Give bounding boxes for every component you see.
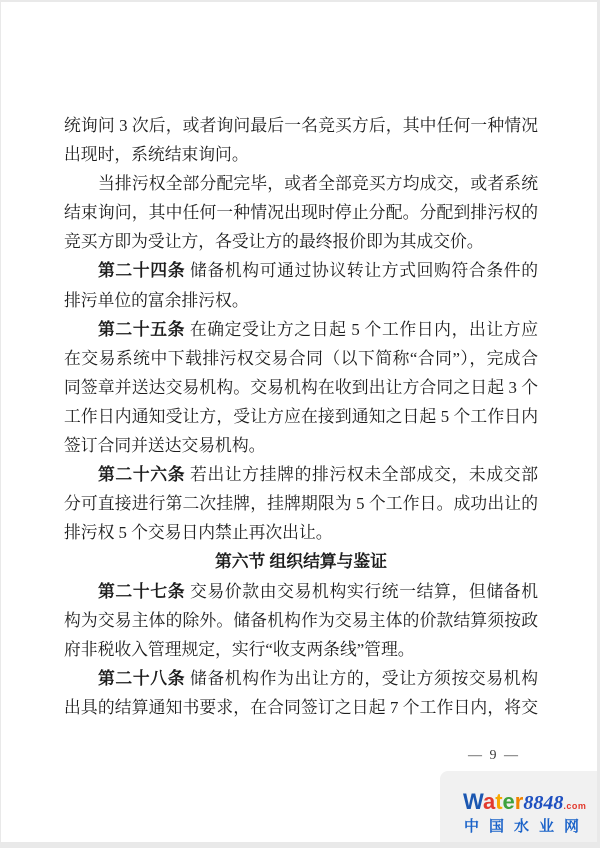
section-heading: 第六节 组织结算与鉴证 xyxy=(64,547,538,576)
article-number: 第二十六条 xyxy=(98,465,185,484)
text-line: 构为交易主体的除外。储备机构作为交易主体的价款结算须按政 xyxy=(64,606,538,635)
text-line: 第二十八条 储备机构作为出让方的，受让方须按交易机构 xyxy=(64,664,538,693)
text-line: 统询问 3 次后，或者询问最后一名竞买方后，其中任何一种情况 xyxy=(64,111,538,140)
article-number: 第二十五条 xyxy=(98,320,185,339)
text-line: 第二十七条 交易价款由交易机构实行统一结算，但储备机 xyxy=(64,577,538,606)
watermark-logo: Water8848.com 中国水业网 xyxy=(440,771,597,842)
text-line: 同签章并送达交易机构。交易机构在收到出让方合同之日起 3 个 xyxy=(64,373,538,402)
document-body: 统询问 3 次后，或者询问最后一名竞买方后，其中任何一种情况出现时，系统结束询问… xyxy=(64,111,538,722)
text-segment: 签订合同并送达交易机构。 xyxy=(64,436,265,455)
text-line: 排污单位的富余排污权。 xyxy=(64,286,538,315)
page-number: — 9 — xyxy=(468,748,520,764)
watermark-brand-water: Water xyxy=(463,796,523,813)
text-segment: 排污权 5 个交易日内禁止再次出让。 xyxy=(64,523,333,542)
text-line: 排污权 5 个交易日内禁止再次出让。 xyxy=(64,518,538,547)
text-segment: 构为交易主体的除外。储备机构作为交易主体的价款结算须按政 xyxy=(64,611,538,630)
text-segment: 统询问 3 次后，或者询问最后一名竞买方后，其中任何一种情况 xyxy=(64,116,538,135)
article-number: 第二十七条 xyxy=(98,582,185,601)
watermark-letter: a xyxy=(483,789,495,814)
text-segment: 排污单位的富余排污权。 xyxy=(64,291,249,310)
text-segment: 出具的结算通知书要求，在合同签订之日起 7 个工作日内，将交 xyxy=(64,698,538,717)
text-line: 结束询问，其中任何一种情况出现时停止分配。分配到排污权的 xyxy=(64,198,538,227)
text-line: 工作日内通知受让方，受让方应在接到通知之日起 5 个工作日内 xyxy=(64,402,538,431)
text-line: 第二十四条 储备机构可通过协议转让方式回购符合条件的 xyxy=(64,256,538,285)
text-segment: 分可直接进行第二次挂牌，挂牌期限为 5 个工作日。成功出让的 xyxy=(64,494,538,513)
text-segment: 在交易系统中下载排污权交易合同（以下简称“合同”），完成合 xyxy=(64,349,538,368)
text-segment: 若出让方挂牌的排污权未全部成交，未成交部 xyxy=(185,465,538,484)
text-line: 出具的结算通知书要求，在合同签订之日起 7 个工作日内，将交 xyxy=(64,693,538,722)
text-segment: 同签章并送达交易机构。交易机构在收到出让方合同之日起 3 个 xyxy=(64,378,538,397)
text-segment: 交易价款由交易机构实行统一结算，但储备机 xyxy=(185,582,538,601)
text-line: 府非税收入管理规定，实行“收支两条线”管理。 xyxy=(64,635,538,664)
text-segment: 竞买方即为受让方，各受让方的最终报价即为其成交价。 xyxy=(64,232,484,251)
text-segment: 当排污权全部分配完毕，或者全部竞买方均成交，或者系统 xyxy=(98,174,538,193)
watermark-letter: t xyxy=(495,789,502,814)
text-line: 第二十五条 在确定受让方之日起 5 个工作日内，出让方应 xyxy=(64,315,538,344)
article-number: 第六节 组织结算与鉴证 xyxy=(215,552,387,571)
text-segment: 在确定受让方之日起 5 个工作日内，出让方应 xyxy=(185,320,538,339)
text-line: 当排污权全部分配完毕，或者全部竞买方均成交，或者系统 xyxy=(64,169,538,198)
text-line: 分可直接进行第二次挂牌，挂牌期限为 5 个工作日。成功出让的 xyxy=(64,489,538,518)
text-line: 竞买方即为受让方，各受让方的最终报价即为其成交价。 xyxy=(64,227,538,256)
text-segment: 储备机构可通过协议转让方式回购符合条件的 xyxy=(185,261,538,280)
watermark-brand: Water8848.com xyxy=(463,789,586,815)
text-line: 第二十六条 若出让方挂牌的排污权未全部成交，未成交部 xyxy=(64,460,538,489)
watermark-brand-tld: .com xyxy=(563,801,586,811)
watermark-brand-number: 8848 xyxy=(523,792,563,814)
watermark-letter: W xyxy=(463,789,483,814)
text-line: 出现时，系统结束询问。 xyxy=(64,140,538,169)
watermark-letter: e xyxy=(503,789,515,814)
text-segment: 结束询问，其中任何一种情况出现时停止分配。分配到排污权的 xyxy=(64,203,538,222)
article-number: 第二十四条 xyxy=(98,261,185,280)
article-number: 第二十八条 xyxy=(98,669,185,688)
text-segment: 工作日内通知受让方，受让方应在接到通知之日起 5 个工作日内 xyxy=(64,407,538,426)
text-segment: 储备机构作为出让方的，受让方须按交易机构 xyxy=(185,669,538,688)
watermark-tagline: 中国水业网 xyxy=(464,815,589,836)
text-line: 在交易系统中下载排污权交易合同（以下简称“合同”），完成合 xyxy=(64,344,538,373)
text-segment: 府非税收入管理规定，实行“收支两条线”管理。 xyxy=(64,640,415,659)
text-segment: 出现时，系统结束询问。 xyxy=(64,145,249,164)
document-page: 统询问 3 次后，或者询问最后一名竞买方后，其中任何一种情况出现时，系统结束询问… xyxy=(1,2,597,842)
text-line: 签订合同并送达交易机构。 xyxy=(64,431,538,460)
